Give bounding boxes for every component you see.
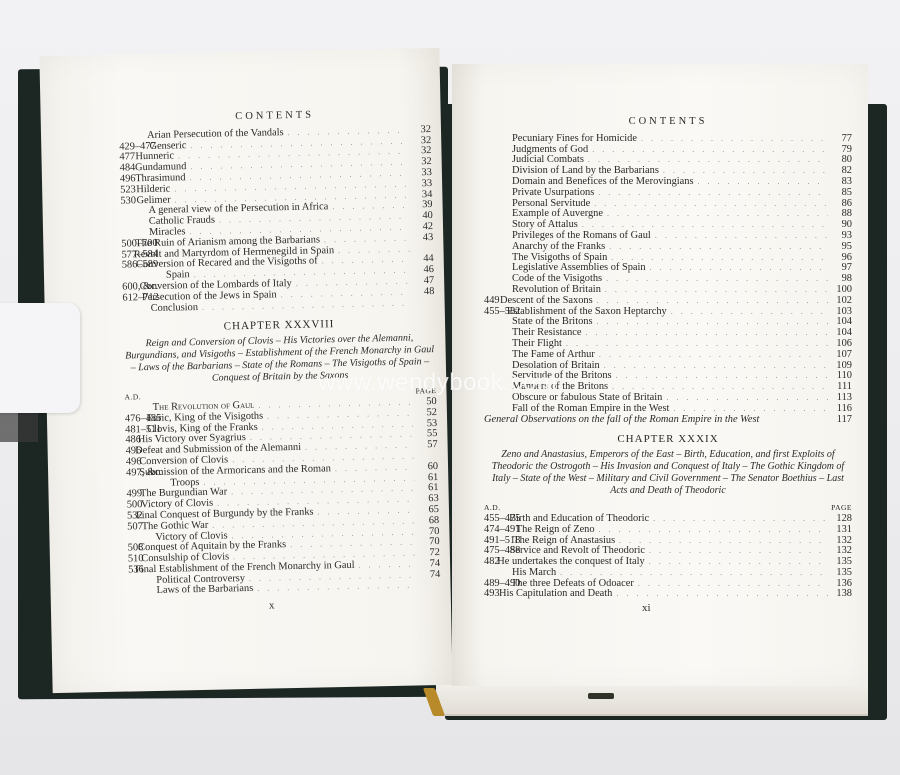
clip-holder <box>0 412 38 442</box>
leader-dots: . . . . . . . . . . . . . . . . . . . . … <box>634 579 828 590</box>
left-page-content: CONTENTS Arian Persecution of the Vandal… <box>119 108 441 598</box>
entry-title: The Fame of Arthur <box>512 350 595 361</box>
contents-heading: CONTENTS <box>119 108 431 125</box>
leader-dots: . . . . . . . . . . . . . . . . . . . . … <box>651 231 828 242</box>
leader-dots: . . . . . . . . . . . . . . . . . . . . … <box>594 188 828 199</box>
entry-page <box>414 458 438 459</box>
entry-title: Private Usurpations <box>512 188 594 199</box>
left-page: CONTENTS Arian Persecution of the Vandal… <box>39 48 452 693</box>
entry-page: 107 <box>828 350 852 361</box>
entry-date: 455–582 <box>484 307 503 318</box>
entry-page <box>417 587 441 588</box>
toc-entry: 474–491The Reign of Zeno. . . . . . . . … <box>484 525 852 536</box>
leader-dots: . . . . . . . . . . . . . . . . . . . . … <box>649 514 828 525</box>
entry-page: 85 <box>828 188 852 199</box>
entry-page: 95 <box>828 242 852 253</box>
chapter-title: CHAPTER XXXIX <box>484 434 852 445</box>
entry-date: 536 <box>128 565 131 576</box>
entry-title: Laws of the Barbarians <box>157 584 254 597</box>
entry-title: Pecuniary Fines for Homicide <box>512 134 637 145</box>
entry-page: 77 <box>828 134 852 145</box>
leader-dots: . . . . . . . . . . . . . . . . . . . . … <box>593 296 828 307</box>
leader-dots: . . . . . . . . . . . . . . . . . . . . … <box>601 285 828 296</box>
leader-dots: . . . . . . . . . . . . . . . . . . . . … <box>645 557 828 568</box>
toc-entry: Pecuniary Fines for Homicide. . . . . . … <box>484 134 852 145</box>
right-page-content: CONTENTS Pecuniary Fines for Homicide. .… <box>484 117 852 600</box>
entry-title: The Reign of Zeno <box>516 525 595 536</box>
leader-dots: . . . . . . . . . . . . . . . . . . . . … <box>595 525 828 536</box>
right-page: CONTENTS Pecuniary Fines for Homicide. .… <box>452 64 868 686</box>
entry-date: 507 <box>127 522 138 533</box>
entry-date: 474–491 <box>484 525 512 536</box>
entry-date: 612–712 <box>122 293 138 304</box>
page-clip <box>0 303 80 413</box>
leader-dots: . . . . . . . . . . . . . . . . . . . . … <box>667 307 828 318</box>
toc-list-top: Arian Persecution of the Vandals. . . . … <box>119 125 435 315</box>
toc-list-chapter: 455–475Birth and Education of Theodoric.… <box>484 514 852 600</box>
leader-dots: . . . . . . . . . . . . . . . . . . . . … <box>615 536 828 547</box>
leader-dots: . . . . . . . . . . . . . . . . . . . . … <box>637 134 828 145</box>
entry-date: 482 <box>484 557 493 568</box>
leader-dots: . . . . . . . . . . . . . . . . . . . . … <box>612 589 828 600</box>
toc-entry: Anarchy of the Franks. . . . . . . . . .… <box>484 242 852 253</box>
toc-entry: 449Descent of the Saxons. . . . . . . . … <box>484 296 852 307</box>
entry-page: 138 <box>828 589 852 600</box>
toc-entry: Private Usurpations. . . . . . . . . . .… <box>484 188 852 199</box>
leader-dots: . . . . . . . . . . . . . . . . . . . . … <box>605 242 828 253</box>
contents-heading: CONTENTS <box>484 117 852 128</box>
toc-entry: The Fame of Arthur. . . . . . . . . . . … <box>484 350 852 361</box>
toc-list-top: Pecuniary Fines for Homicide. . . . . . … <box>484 134 852 426</box>
entry-title: His Capitulation and Death <box>499 589 612 600</box>
toc-list-chapter: The Revolution of Gaul. . . . . . . . . … <box>125 397 441 598</box>
leader-dots: . . . . . . . . . . . . . . . . . . . . … <box>593 317 828 328</box>
entry-page: 102 <box>828 296 852 307</box>
entry-title: General Observations on the fall of the … <box>484 415 759 426</box>
col-ad-label: A.D. <box>124 392 141 403</box>
entry-page: 43 <box>409 233 433 244</box>
leader-dots: . . . . . . . . . . . . . . . . . . . . … <box>595 350 828 361</box>
leader-dots: . . . . . . . . . . . . . . . . . . . . … <box>590 199 828 210</box>
leader-dots: . . . . . . . . . . . . . . . . . . . . … <box>669 404 828 415</box>
leader-dots: . . . . . . . . . . . . . . . . . . . . … <box>588 145 828 156</box>
leader-dots: . . . . . . . . . . . . . . . . . . . . … <box>253 581 417 595</box>
leader-dots: . . . . . . . . . . . . . . . . . . . . … <box>600 361 828 372</box>
entry-page: 117 <box>828 415 852 426</box>
leader-dots: . . . . . . . . . . . . . . . . . . . . … <box>603 209 828 220</box>
toc-entry: Fall of the Roman Empire in the West. . … <box>484 404 852 415</box>
chapter-title: CHAPTER XXXVIII <box>123 317 435 334</box>
page-number: xi <box>642 602 651 614</box>
entry-page: 48 <box>410 287 434 298</box>
toc-entry: General Observations on the fall of the … <box>484 415 852 426</box>
entry-page: 74 <box>416 570 440 581</box>
entry-date: 497, &c. <box>126 468 135 479</box>
leader-dots: . . . . . . . . . . . . . . . . . . . . … <box>694 177 829 188</box>
entry-date: 449 <box>484 296 496 307</box>
chapter-summary: Zeno and Anastasius, Emperors of the Eas… <box>484 449 852 497</box>
chapter-summary: Reign and Conversion of Clovis – His Vic… <box>123 332 436 387</box>
entry-date: 586–589 <box>122 261 133 272</box>
leader-dots: . . . . . . . . . . . . . . . . . . . . … <box>582 328 828 339</box>
entry-page: 131 <box>828 525 852 536</box>
leader-dots: . . . . . . . . . . . . . . . . . . . . … <box>645 546 828 557</box>
leader-dots: . . . . . . . . . . . . . . . . . . . . … <box>646 263 828 274</box>
leader-dots: . . . . . . . . . . . . . . . . . . . . … <box>562 339 828 350</box>
entry-page <box>410 251 434 252</box>
entry-title: Descent of the Saxons <box>500 296 593 307</box>
entry-page: 57 <box>414 440 438 451</box>
entry-title: Conclusion <box>151 303 199 315</box>
leader-dots: . . . . . . . . . . . . . . . . . . . . … <box>612 371 828 382</box>
toc-entry: 493His Capitulation and Death. . . . . .… <box>484 589 852 600</box>
entry-title: Fall of the Roman Empire in the West <box>512 404 669 415</box>
leader-dots: . . . . . . . . . . . . . . . . . . . . … <box>662 393 828 404</box>
page-number: x <box>269 599 275 611</box>
entry-date: 530 <box>120 196 132 207</box>
entry-page <box>411 305 435 306</box>
entry-page: 116 <box>828 404 852 415</box>
entry-date: 493 <box>484 589 495 600</box>
leader-dots: . . . . . . . . . . . . . . . . . . . . … <box>602 274 828 285</box>
entry-title: Anarchy of the Franks <box>512 242 605 253</box>
page-stack-edge <box>436 684 868 716</box>
page-edge-notch <box>588 693 614 699</box>
